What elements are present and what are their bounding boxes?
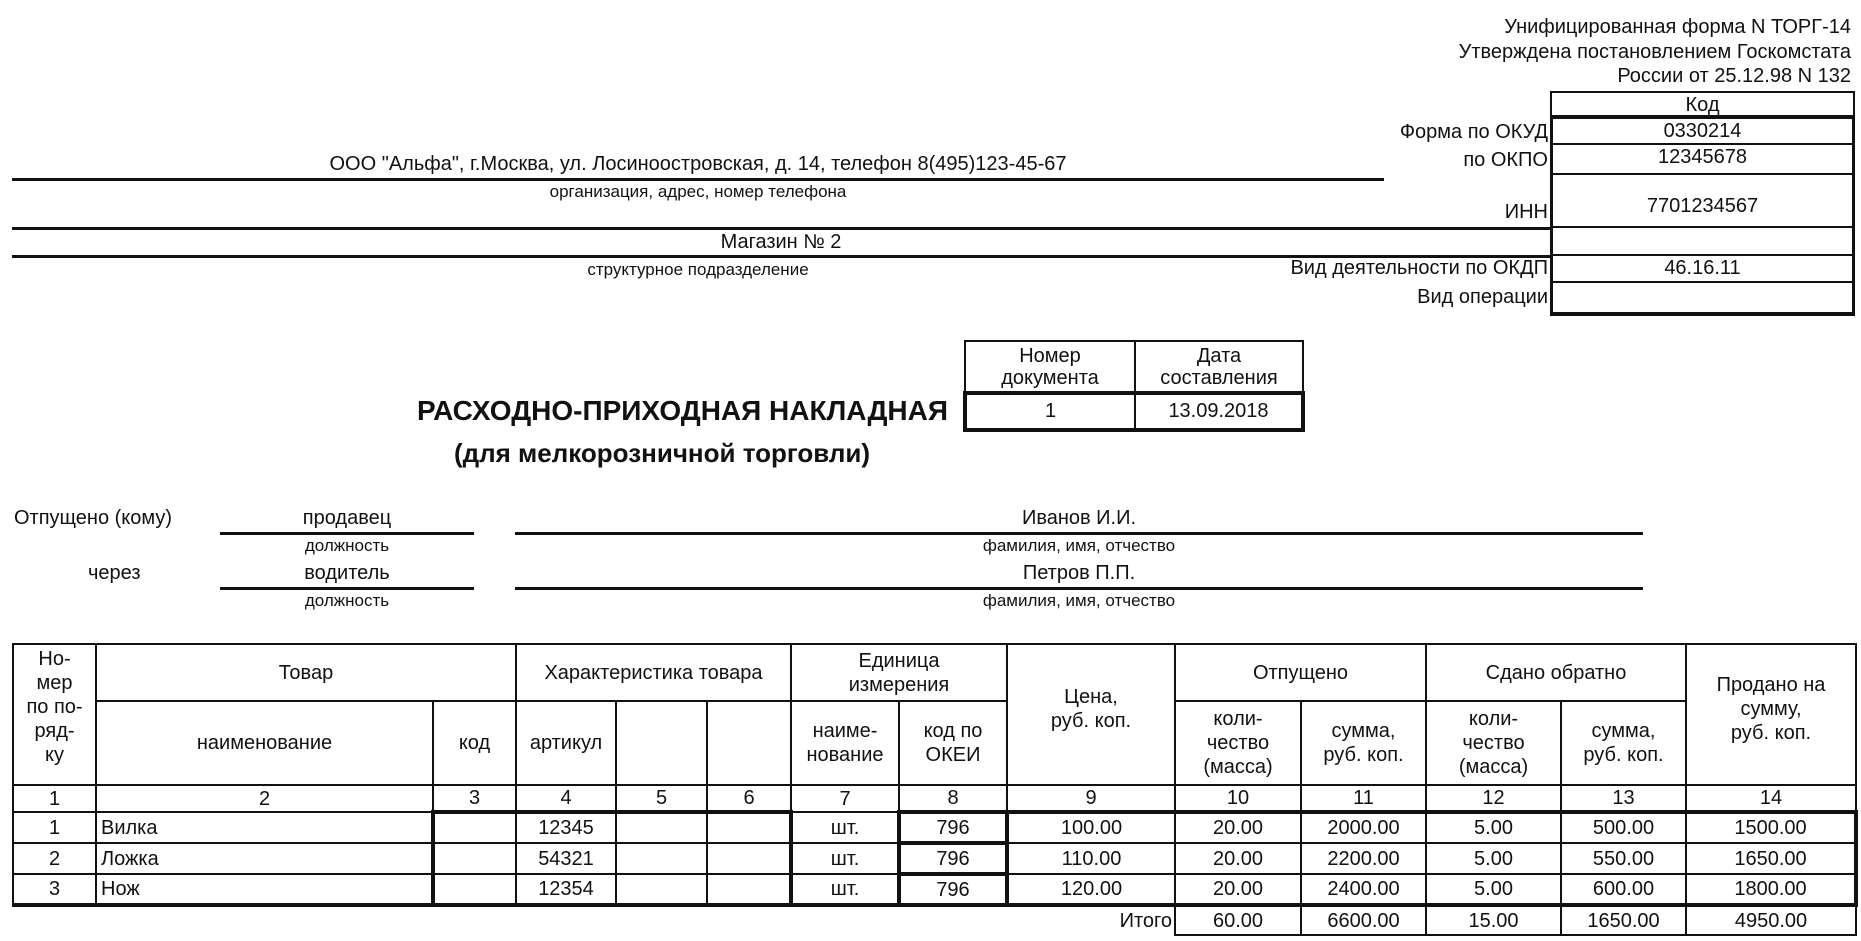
header-goods-name: наименование — [96, 701, 433, 785]
code-box: Код 0330214 12345678 7701234567 46.16.11 — [1550, 91, 1855, 316]
cell-char-5 — [616, 874, 707, 905]
document-number-date-table: Номер документа Дата составления 1 13.09… — [963, 340, 1305, 432]
table-row: 3 Нож 12354 шт. 796 120.00 20.00 2400.00… — [13, 874, 1856, 905]
inn-value: 7701234567 — [1550, 175, 1855, 228]
colnum: 3 — [433, 785, 516, 812]
cell-row-number: 2 — [13, 843, 96, 874]
header-char-5 — [616, 701, 707, 785]
document-number-header: Номер документа — [965, 341, 1135, 393]
subdivision-value: Магазин № 2 — [12, 231, 1550, 254]
cell-char-6 — [707, 874, 791, 905]
cell-article: 12345 — [516, 812, 616, 843]
cell-goods-name: Ложка — [96, 843, 433, 874]
document-date-header: Дата составления — [1135, 341, 1303, 393]
operation-type-label: Вид операции — [1417, 286, 1548, 309]
via-label: через — [88, 562, 141, 585]
document-title: РАСХОДНО-ПРИХОДНАЯ НАКЛАДНАЯ — [417, 395, 948, 427]
total-label: Итого — [13, 905, 1175, 935]
header-goods-code: код — [433, 701, 516, 785]
header-characteristic: Характеристика товара — [516, 644, 791, 701]
cell-sold-sum: 1500.00 — [1686, 812, 1856, 843]
cell-released-sum: 2200.00 — [1301, 843, 1426, 874]
total-released-qty: 60.00 — [1175, 905, 1301, 935]
colnum: 11 — [1301, 785, 1426, 812]
cell-goods-name: Вилка — [96, 812, 433, 843]
cell-returned-sum: 550.00 — [1561, 843, 1686, 874]
organization-value: ООО "Альфа", г.Москва, ул. Лосиноостровс… — [12, 153, 1384, 176]
colnum: 9 — [1007, 785, 1175, 812]
total-returned-sum: 1650.00 — [1561, 905, 1686, 935]
cell-char-5 — [616, 812, 707, 843]
cell-unit-code: 796 — [899, 874, 1007, 905]
colnum: 13 — [1561, 785, 1686, 812]
colnum: 8 — [899, 785, 1007, 812]
released-to-position-line — [220, 532, 474, 535]
cell-article: 12354 — [516, 874, 616, 905]
header-price: Цена, руб. коп. — [1007, 644, 1175, 785]
cell-returned-sum: 500.00 — [1561, 812, 1686, 843]
header-unit-name: наиме- нование — [791, 701, 899, 785]
goods-table: Но- мер по по- ряд- ку Товар Характерист… — [12, 643, 1858, 936]
total-sold-sum: 4950.00 — [1686, 905, 1856, 935]
cell-returned-qty: 5.00 — [1426, 874, 1561, 905]
via-name: Петров П.П. — [515, 562, 1643, 585]
cell-article: 54321 — [516, 843, 616, 874]
cell-released-qty: 20.00 — [1175, 874, 1301, 905]
header-row-number: Но- мер по по- ряд- ку — [13, 644, 96, 785]
blank-code-value — [1550, 228, 1855, 256]
colnum: 1 — [13, 785, 96, 812]
cell-unit-code: 796 — [899, 812, 1007, 843]
cell-row-number: 1 — [13, 812, 96, 843]
column-numbers-row: 1 2 3 4 5 6 7 8 9 10 11 12 13 14 — [13, 785, 1856, 812]
header-returned-qty: коли- чество (масса) — [1426, 701, 1561, 785]
total-released-sum: 6600.00 — [1301, 905, 1426, 935]
cell-char-6 — [707, 843, 791, 874]
okdp-value: 46.16.11 — [1550, 256, 1855, 283]
header-unit-code: код по ОКЕИ — [899, 701, 1007, 785]
document-number-value: 1 — [965, 393, 1135, 430]
document-subtitle: (для мелкорозничной торговли) — [360, 438, 964, 469]
via-name-caption: фамилия, имя, отчество — [515, 591, 1643, 611]
document-date-value: 13.09.2018 — [1135, 393, 1303, 430]
okud-label: Форма по ОКУД — [1400, 121, 1548, 144]
table-row: 1 Вилка 12345 шт. 796 100.00 20.00 2000.… — [13, 812, 1856, 843]
colnum: 10 — [1175, 785, 1301, 812]
operation-type-value — [1550, 283, 1855, 316]
cell-sold-sum: 1800.00 — [1686, 874, 1856, 905]
okpo-label: по ОКПО — [1463, 149, 1548, 172]
okud-value: 0330214 — [1550, 119, 1855, 145]
cell-released-sum: 2000.00 — [1301, 812, 1426, 843]
header-char-6 — [707, 701, 791, 785]
cell-unit-code: 796 — [899, 843, 1007, 874]
colnum: 2 — [96, 785, 433, 812]
released-to-name-line — [515, 532, 1643, 535]
header-released-qty: коли- чество (масса) — [1175, 701, 1301, 785]
cell-goods-name: Нож — [96, 874, 433, 905]
subdivision-top-line — [12, 227, 1550, 230]
cell-returned-qty: 5.00 — [1426, 812, 1561, 843]
cell-row-number: 3 — [13, 874, 96, 905]
header-released-sum: сумма, руб. коп. — [1301, 701, 1426, 785]
subdivision-caption: структурное подразделение — [12, 260, 1384, 280]
via-position-line — [220, 587, 474, 590]
inn-label: ИНН — [1505, 201, 1548, 224]
cell-unit-name: шт. — [791, 843, 899, 874]
cell-released-qty: 20.00 — [1175, 812, 1301, 843]
form-approval: Утверждена постановлением Госкомстата — [1459, 41, 1851, 64]
cell-price: 110.00 — [1007, 843, 1175, 874]
cell-price: 120.00 — [1007, 874, 1175, 905]
colnum: 12 — [1426, 785, 1561, 812]
released-to-name-caption: фамилия, имя, отчество — [515, 536, 1643, 556]
organization-underline — [12, 178, 1384, 181]
via-name-line — [515, 587, 1643, 590]
cell-sold-sum: 1650.00 — [1686, 843, 1856, 874]
cell-goods-code — [433, 874, 516, 905]
colnum: 14 — [1686, 785, 1856, 812]
header-unit: Единица измерения — [791, 644, 1007, 701]
via-position: водитель — [220, 562, 474, 585]
cell-price: 100.00 — [1007, 812, 1175, 843]
header-returned-sum: сумма, руб. коп. — [1561, 701, 1686, 785]
via-position-caption: должность — [220, 591, 474, 611]
header-sold-sum: Продано на сумму, руб. коп. — [1686, 644, 1856, 785]
colnum: 7 — [791, 785, 899, 812]
cell-returned-sum: 600.00 — [1561, 874, 1686, 905]
cell-returned-qty: 5.00 — [1426, 843, 1561, 874]
form-name: Унифицированная форма N ТОРГ-14 — [1504, 16, 1851, 39]
cell-char-6 — [707, 812, 791, 843]
released-to-label: Отпущено (кому) — [14, 507, 172, 530]
subdivision-underline — [12, 255, 1550, 258]
cell-released-sum: 2400.00 — [1301, 874, 1426, 905]
released-to-name: Иванов И.И. — [515, 507, 1643, 530]
code-header: Код — [1550, 91, 1855, 119]
okpo-value: 12345678 — [1550, 145, 1855, 175]
organization-caption: организация, адрес, номер телефона — [12, 182, 1384, 202]
header-released: Отпущено — [1175, 644, 1426, 701]
header-article: артикул — [516, 701, 616, 785]
header-goods: Товар — [96, 644, 516, 701]
table-row: 2 Ложка 54321 шт. 796 110.00 20.00 2200.… — [13, 843, 1856, 874]
form-approval-date: России от 25.12.98 N 132 — [1617, 65, 1851, 88]
cell-char-5 — [616, 843, 707, 874]
released-to-position-caption: должность — [220, 536, 474, 556]
cell-released-qty: 20.00 — [1175, 843, 1301, 874]
total-row: Итого 60.00 6600.00 15.00 1650.00 4950.0… — [13, 905, 1856, 935]
total-returned-qty: 15.00 — [1426, 905, 1561, 935]
colnum: 6 — [707, 785, 791, 812]
released-to-position: продавец — [220, 507, 474, 530]
header-returned: Сдано обратно — [1426, 644, 1686, 701]
cell-goods-code — [433, 843, 516, 874]
cell-goods-code — [433, 812, 516, 843]
colnum: 5 — [616, 785, 707, 812]
colnum: 4 — [516, 785, 616, 812]
cell-unit-name: шт. — [791, 874, 899, 905]
cell-unit-name: шт. — [791, 812, 899, 843]
